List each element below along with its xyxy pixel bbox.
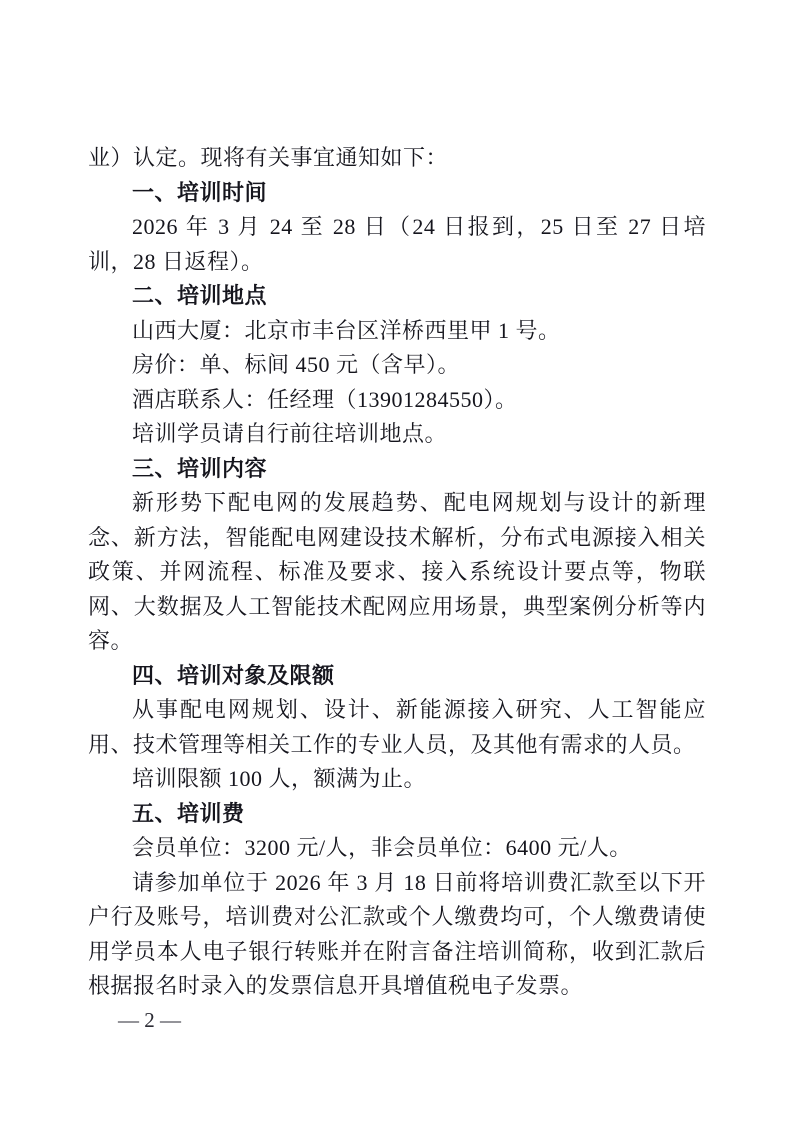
paragraph-target-audience: 从事配电网规划、设计、新能源接入研究、人工智能应用、技术管理等相关工作的专业人员… <box>88 693 706 762</box>
paragraph-training-content: 新形势下配电网的发展趋势、配电网规划与设计的新理念、新方法，智能配电网建设技术解… <box>88 486 706 659</box>
paragraph-room-price: 房价：单、标间 450 元（含早）。 <box>88 348 706 383</box>
paragraph-continuation: 业）认定。现将有关事宜通知如下： <box>88 141 706 176</box>
paragraph-quota: 培训限额 100 人，额满为止。 <box>88 762 706 797</box>
document-body: 业）认定。现将有关事宜通知如下： 一、培训时间 2026 年 3 月 24 至 … <box>88 141 706 1004</box>
section-heading-fee: 五、培训费 <box>88 797 706 832</box>
paragraph-payment-instructions: 请参加单位于 2026 年 3 月 18 日前将培训费汇款至以下开户行及账号，培… <box>88 866 706 1004</box>
document-page: 业）认定。现将有关事宜通知如下： 一、培训时间 2026 年 3 月 24 至 … <box>0 0 793 1122</box>
paragraph-hotel-address: 山西大厦：北京市丰台区洋桥西里甲 1 号。 <box>88 314 706 349</box>
paragraph-travel-note: 培训学员请自行前往培训地点。 <box>88 417 706 452</box>
section-heading-location: 二、培训地点 <box>88 279 706 314</box>
paragraph-hotel-contact: 酒店联系人：任经理（13901284550）。 <box>88 383 706 418</box>
section-heading-audience: 四、培训对象及限额 <box>88 659 706 694</box>
page-number: — 2 — <box>118 1005 181 1035</box>
section-heading-training-time: 一、培训时间 <box>88 176 706 211</box>
paragraph-training-time: 2026 年 3 月 24 至 28 日（24 日报到，25 日至 27 日培训… <box>88 210 706 279</box>
section-heading-content: 三、培训内容 <box>88 452 706 487</box>
paragraph-fee-amount: 会员单位：3200 元/人，非会员单位：6400 元/人。 <box>88 831 706 866</box>
